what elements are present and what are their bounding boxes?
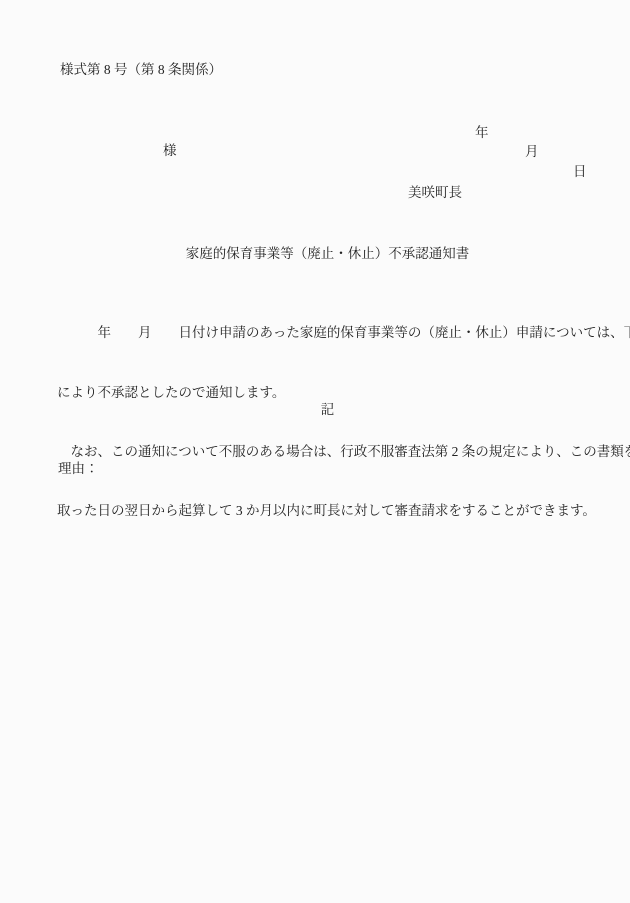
body-text: 年 月 日付け申請のあった家庭的保育事業等の（廃止・休止）申請については、下記 …: [57, 284, 605, 560]
record-marker: 記: [57, 400, 598, 420]
addressee-honorific: 様: [163, 141, 177, 161]
form-number: 様式第 8 号（第 8 条関係）: [60, 60, 222, 80]
document-title: 家庭的保育事業等（廃止・休止）不承認通知書: [57, 244, 598, 264]
body-line-1: 年 月 日付け申請のあった家庭的保育事業等の（廃止・休止）申請については、下記: [57, 323, 605, 343]
date-line: 年 月 日: [0, 103, 630, 123]
body-line-4: 取った日の翌日から起算して 3 か月以内に町長に対して審査請求をすることができま…: [57, 501, 605, 521]
sender-title: 美咲町長: [408, 183, 462, 203]
date-year-label: 年: [475, 123, 489, 143]
document-page: 様式第 8 号（第 8 条関係） 年 月 日 様 美咲町長 家庭的保育事業等（廃…: [0, 0, 630, 903]
date-month-label: 月: [525, 142, 539, 162]
reason-label: 理由：: [58, 459, 99, 479]
date-day-label: 日: [573, 162, 587, 182]
body-line-3: なお、この通知について不服のある場合は、行政不服審査法第 2 条の規定により、こ…: [57, 442, 605, 462]
